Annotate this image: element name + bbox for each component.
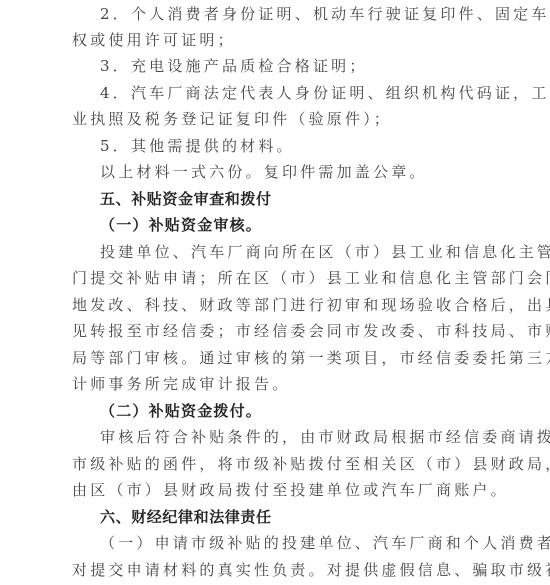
paragraph-line: 投建单位、汽车厂商向所在区（市）县工业和信息化主管部 (100, 242, 457, 262)
section-heading-6: 六、财经纪律和法律责任 (100, 507, 457, 527)
paragraph-line: 审核后符合补贴条件的，由市财政局根据市经信委商请拨付 (100, 427, 457, 447)
section-heading-5: 五、补贴资金审查和拨付 (100, 189, 457, 209)
subsection-heading-5-1: （一）补贴资金审核。 (100, 215, 457, 235)
subsection-heading-5-2: （二）补贴资金拨付。 (100, 401, 457, 421)
paragraph-line: 地发改、科技、财政等部门进行初审和现场验收合格后，出具意 (72, 295, 457, 315)
list-item-2-cont: 权或使用许可证明； (72, 30, 457, 50)
list-item-2: 2．个人消费者身份证明、机动车行驶证复印件、固定车位产 (100, 4, 457, 24)
list-item-4-cont: 业执照及税务登记证复印件（验原件）； (72, 109, 457, 129)
paragraph-line: 对提交申请材料的真实性负责。对提供虚假信息、骗取市级补贴 (72, 560, 457, 580)
list-item-4: 4．汽车厂商法定代表人身份证明、组织机构代码证，工商营 (100, 83, 457, 103)
paragraph-line: （一）申请市级补贴的投建单位、汽车厂商和个人消费者， (100, 533, 457, 553)
paragraph-line: 计师事务所完成审计报告。 (72, 374, 457, 394)
materials-note: 以上材料一式六份。复印件需加盖公章。 (100, 162, 457, 182)
list-item-3: 3．充电设施产品质检合格证明； (100, 56, 457, 76)
list-item-5: 5．其他需提供的材料。 (100, 136, 457, 156)
paragraph-line: 门提交补贴申请；所在区（市）县工业和信息化主管部门会同当 (72, 268, 457, 288)
paragraph-line: 市级补贴的函件，将市级补贴拨付至相关区（市）县财政局，再 (72, 454, 457, 474)
paragraph-line: 局等部门审核。通过审核的第一类项目，市经信委委托第三方会 (72, 348, 457, 368)
paragraph-line: 由区（市）县财政局拨付至投建单位或汽车厂商账户。 (72, 480, 457, 500)
paragraph-line: 见转报至市经信委；市经信委会同市发改委、市科技局、市财政 (72, 321, 457, 341)
document-page: 2．个人消费者身份证明、机动车行驶证复印件、固定车位产 权或使用许可证明； 3．… (0, 0, 550, 585)
